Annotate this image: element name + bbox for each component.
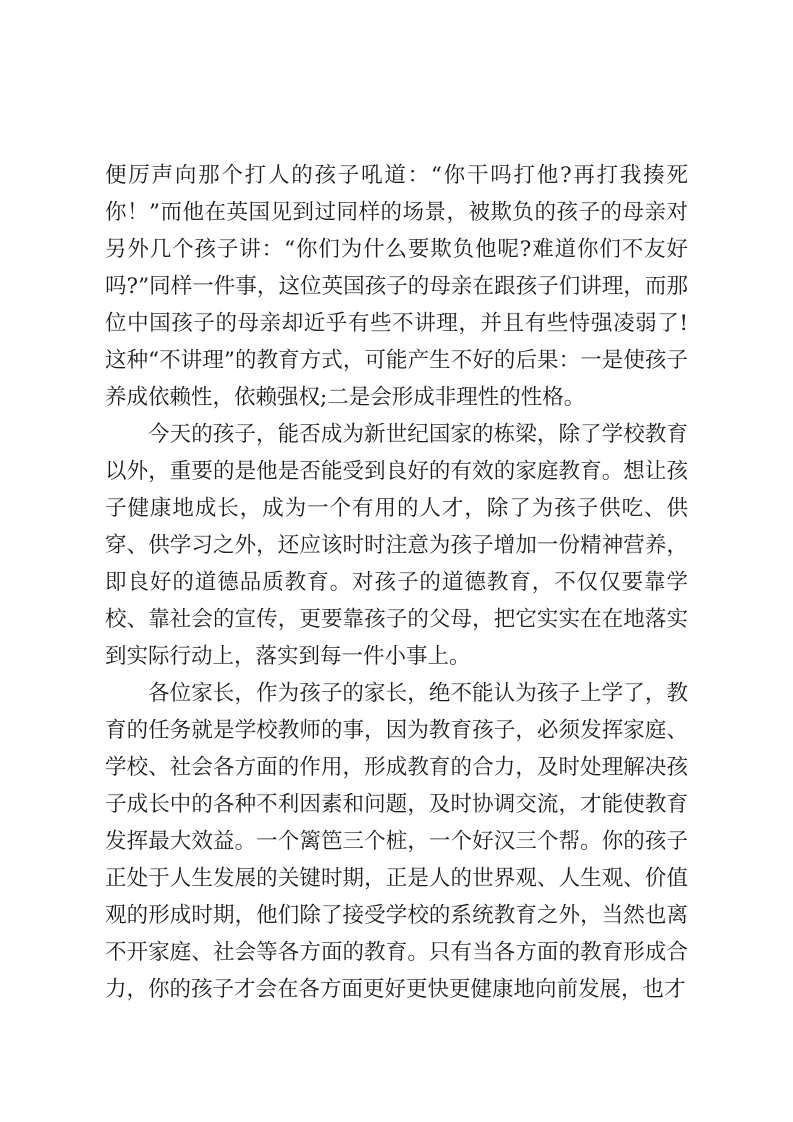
paragraph-continuation: 便厉声向那个打人的孩子吼道：“你干吗打他?再打我揍死你！”而他在英国见到过同样的… (105, 157, 688, 416)
paragraph-todays-children: 今天的孩子，能否成为新世纪国家的栋梁，除了学校教育以外，重要的是他是否能受到良好… (105, 416, 688, 675)
paragraph-dear-parents: 各位家长，作为孩子的家长，绝不能认为孩子上学了，教育的任务就是学校教师的事，因为… (105, 675, 688, 1008)
document-text-body: 便厉声向那个打人的孩子吼道：“你干吗打他?再打我揍死你！”而他在英国见到过同样的… (105, 157, 688, 1008)
document-page: 便厉声向那个打人的孩子吼道：“你干吗打他?再打我揍死你！”而他在英国见到过同样的… (0, 0, 793, 1122)
